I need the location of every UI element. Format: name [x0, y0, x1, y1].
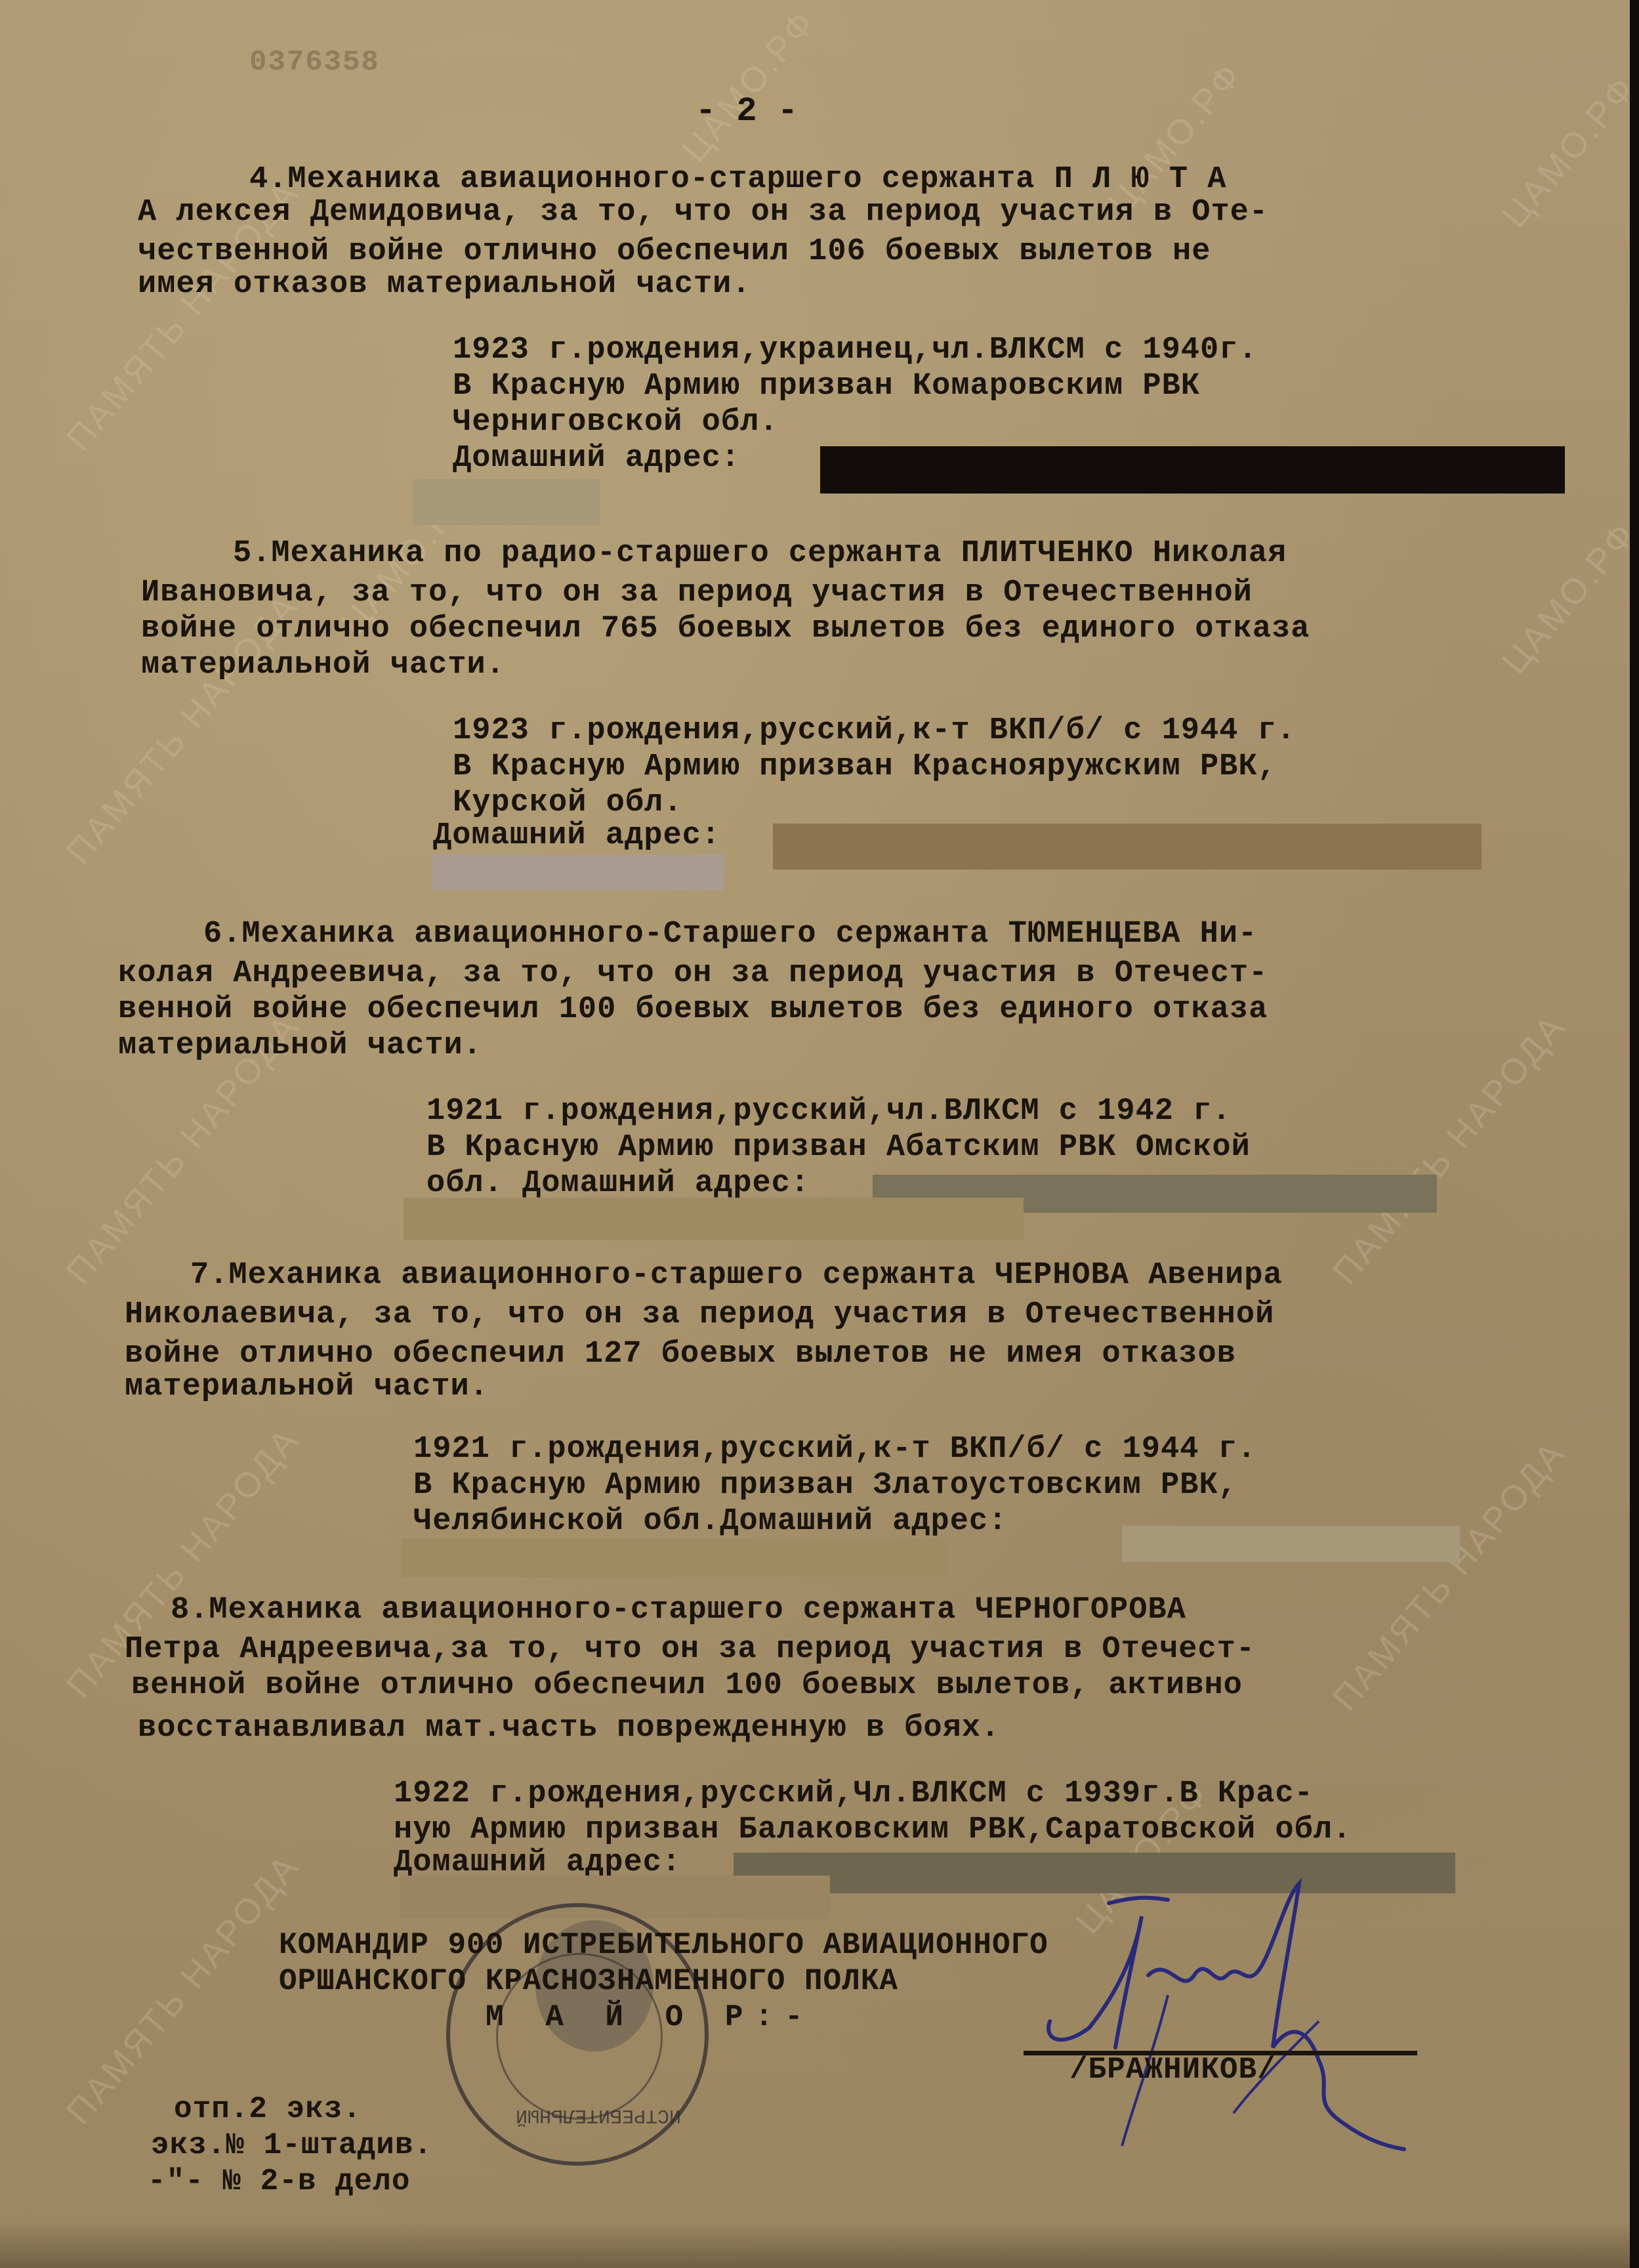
entry-7-line-1: 7.Механика авиационного-старшего сержант… [190, 1260, 1283, 1291]
entry-5-line-1: 5.Механика по радио-старшего сержанта ПЛ… [233, 538, 1287, 570]
page-number: - 2 - [695, 92, 798, 131]
entry-6-bio-1: 1921 г.рождения,русский,чл.ВЛКСМ с 1942 … [426, 1096, 1232, 1127]
document-page: ЦАМО.РФ ЦАМО.РФ ПАМЯТЬ НАРОДА ЦАМО.РФ ЦА… [0, 0, 1639, 2268]
entry-6-bio-2: В Красную Армию призван Абатским РВК Омс… [426, 1132, 1251, 1164]
entry-5-bio-4: Домашний адрес: [433, 820, 720, 852]
entry-8-line-2: Петра Андреевича,за то, что он за период… [125, 1634, 1255, 1666]
redacted-address [1122, 1526, 1460, 1562]
entry-6-line-4: материальной части. [118, 1030, 482, 1062]
entry-4-line-4: имея отказов материальной части. [138, 269, 751, 301]
entry-7-bio-3: Челябинской обл.Домашний адрес: [413, 1506, 1007, 1538]
redacted-address [402, 1539, 946, 1577]
commander-rank: М А Й О Р:- [486, 2002, 815, 2033]
entry-5-line-4: материальной части. [141, 650, 505, 681]
watermark: ЦАМО.РФ [1494, 68, 1639, 236]
entry-6-bio-3: обл. Домашний адрес: [426, 1168, 810, 1200]
redacted-address [413, 479, 600, 525]
entry-6-line-1: 6.Механика авиационного-Старшего сержант… [203, 919, 1257, 950]
entry-7-line-4: материальной части. [125, 1372, 489, 1403]
watermark: ПАМЯТЬ НАРОДА [58, 1846, 308, 2132]
entry-4-bio-4: Домашний адрес: [453, 443, 740, 474]
entry-5-line-2: Ивановича, за то, что он за период участ… [141, 577, 1253, 609]
scan-edge [1630, 0, 1639, 2268]
redacted-address [404, 1198, 1024, 1240]
entry-8-bio-3: Домашний адрес: [394, 1847, 681, 1879]
commander-title-line-1: КОМАНДИР 900 ИСТРЕБИТЕЛЬНОГО АВИАЦИОННОГ… [279, 1929, 1048, 1961]
entry-4-line-1: 4.Механика авиационного-старшего сержант… [249, 164, 1226, 196]
watermark: ПАМЯТЬ НАРОДА [1325, 1433, 1574, 1719]
distribution-line-3: -"- № 2-в дело [148, 2166, 410, 2197]
archive-mark: 0376358 [249, 46, 380, 79]
entry-4-bio-2: В Красную Армию призван Комаровским РВК [453, 371, 1200, 402]
stamp-text: ИСТРЕБИТЕЛЬНЫЙ [516, 2104, 681, 2126]
entry-4-bio-3: Черниговской обл. [453, 407, 778, 438]
entry-7-line-3: войне отлично обеспечил 127 боевых вылет… [125, 1339, 1236, 1370]
entry-5-bio-2: В Красную Армию призван Краснояружским Р… [453, 751, 1277, 783]
entry-7-line-2: Николаевича, за то, что он за период уча… [125, 1299, 1274, 1331]
entry-5-bio-3: Курской обл. [453, 787, 682, 819]
entry-8-bio-2: ную Армию призван Балаковским РВК,Сарато… [394, 1815, 1352, 1846]
distribution-line-2: экз.№ 1-штадив. [151, 2130, 432, 2161]
entry-7-bio-2: В Красную Армию призван Златоустовским Р… [413, 1470, 1237, 1501]
entry-4-bio-1: 1923 г.рождения,украинец,чл.ВЛКСМ с 1940… [453, 335, 1258, 366]
redacted-address [773, 824, 1482, 870]
redacted-address [820, 446, 1565, 493]
distribution-line-1: отп.2 экз. [174, 2093, 362, 2125]
watermark: ПАМЯТЬ НАРОДА [1325, 1006, 1574, 1292]
entry-6-line-2: колая Андреевича, за то, что он за перио… [118, 958, 1268, 990]
entry-8-line-4: восстанавливал мат.часть поврежденную в … [138, 1713, 1000, 1744]
entry-8-line-3: венной войне отлично обеспечил 100 боевы… [131, 1670, 1243, 1702]
entry-4-line-3: чественной войне отлично обеспечил 106 б… [138, 236, 1211, 268]
entry-8-bio-1: 1922 г.рождения,русский,Чл.ВЛКСМ с 1939г… [394, 1778, 1314, 1810]
signer-name: /БРАЖНИКОВ/ [1069, 2054, 1276, 2086]
watermark: ЦАМО.РФ [1494, 514, 1639, 682]
paper-edge-shadow [0, 2222, 1639, 2268]
entry-4-line-2: А лексея Демидовича, за то, что он за пе… [138, 197, 1268, 228]
entry-5-line-3: войне отлично обеспечил 765 боевых вылет… [141, 614, 1310, 645]
entry-5-bio-1: 1923 г.рождения,русский,к-т ВКП/б/ с 194… [453, 715, 1296, 747]
entry-7-bio-1: 1921 г.рождения,русский,к-т ВКП/б/ с 194… [413, 1434, 1256, 1465]
commander-title-line-2: ОРШАНСКОГО КРАСНОЗНАМЕННОГО ПОЛКА [279, 1965, 898, 1997]
watermark: ЦАМО.РФ [674, 2, 824, 170]
entry-6-line-3: венной войне обеспечил 100 боевых вылето… [118, 994, 1268, 1026]
handwritten-signature [1037, 1877, 1594, 2152]
entry-8-line-1: 8.Механика авиационного-старшего сержант… [171, 1595, 1186, 1626]
redacted-address [432, 854, 724, 891]
